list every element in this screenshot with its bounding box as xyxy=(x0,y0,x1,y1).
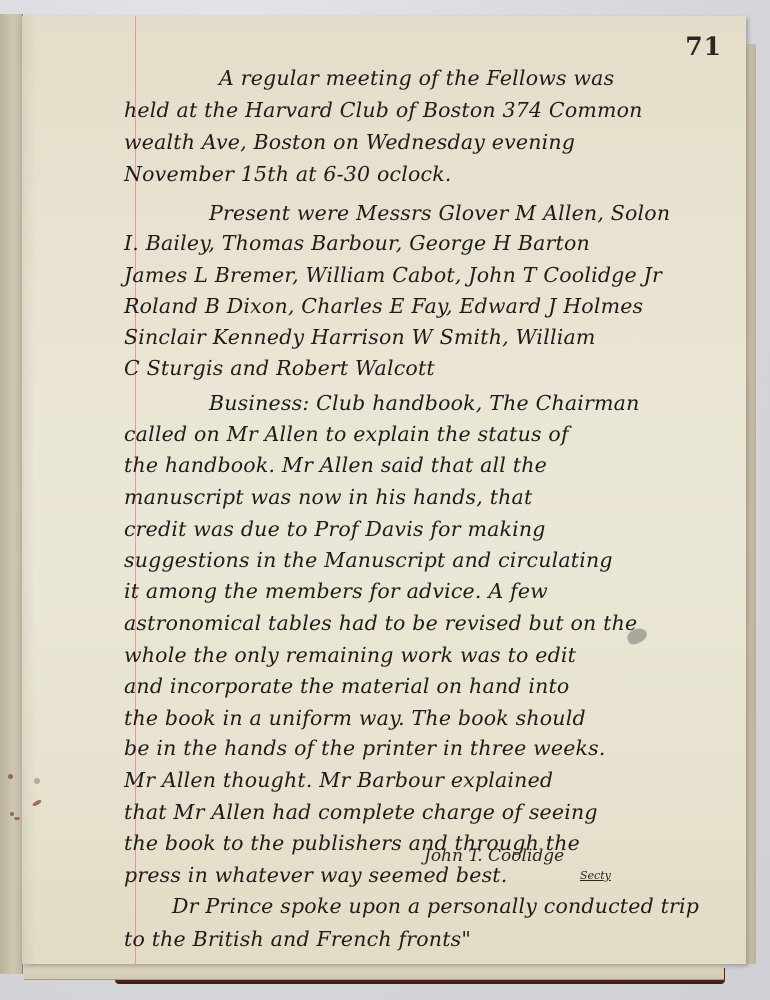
stain-mark xyxy=(14,817,20,820)
stain-mark xyxy=(34,778,40,784)
handwritten-line: Present were Messrs Glover M Allen, Solo… xyxy=(209,198,670,228)
handwritten-line: and incorporate the material on hand int… xyxy=(124,671,569,701)
handwritten-line: held at the Harvard Club of Boston 374 C… xyxy=(124,95,643,125)
handwritten-line: Sinclair Kennedy Harrison W Smith, Willi… xyxy=(124,322,596,352)
handwritten-line: be in the hands of the printer in three … xyxy=(124,733,606,763)
handwritten-line: manuscript was now in his hands, that xyxy=(124,482,532,512)
handwritten-line: credit was due to Prof Davis for making xyxy=(124,514,546,544)
handwritten-line: Mr Allen thought. Mr Barbour explained xyxy=(124,765,553,795)
handwritten-line: Business: Club handbook, The Chairman xyxy=(209,388,640,418)
handwritten-line: it among the members for advice. A few xyxy=(124,576,548,606)
handwritten-line: I. Bailey, Thomas Barbour, George H Bart… xyxy=(124,228,590,258)
handwritten-line: astronomical tables had to be revised bu… xyxy=(124,608,637,638)
handwritten-line: A regular meeting of the Fellows was xyxy=(219,63,614,93)
stain-mark xyxy=(8,774,13,779)
stain-mark xyxy=(32,799,43,807)
handwritten-line: the handbook. Mr Allen said that all the xyxy=(124,450,547,480)
left-facing-page-edge xyxy=(0,14,23,974)
secretary-signature: John T. Coolidge xyxy=(424,846,564,866)
page-number: 71 xyxy=(685,32,722,61)
handwritten-line: called on Mr Allen to explain the status… xyxy=(124,419,569,449)
handwritten-line: Dr Prince spoke upon a personally conduc… xyxy=(172,891,699,921)
handwritten-line: suggestions in the Manuscript and circul… xyxy=(124,545,613,575)
handwritten-line: C Sturgis and Robert Walcott xyxy=(124,353,435,383)
secretary-title: Secty xyxy=(580,869,611,882)
handwritten-line: that Mr Allen had complete charge of see… xyxy=(124,797,598,827)
handwritten-line: November 15th at 6-30 oclock. xyxy=(124,159,452,189)
stain-mark xyxy=(10,812,14,816)
handwritten-line: James L Bremer, William Cabot, John T Co… xyxy=(124,260,662,290)
handwritten-line: the book in a uniform way. The book shou… xyxy=(124,703,586,733)
handwritten-line: wealth Ave, Boston on Wednesday evening xyxy=(124,127,575,157)
handwritten-line: whole the only remaining work was to edi… xyxy=(124,640,576,670)
handwritten-line: Roland B Dixon, Charles E Fay, Edward J … xyxy=(124,291,643,321)
handwritten-line: to the British and French fronts" xyxy=(124,924,471,954)
